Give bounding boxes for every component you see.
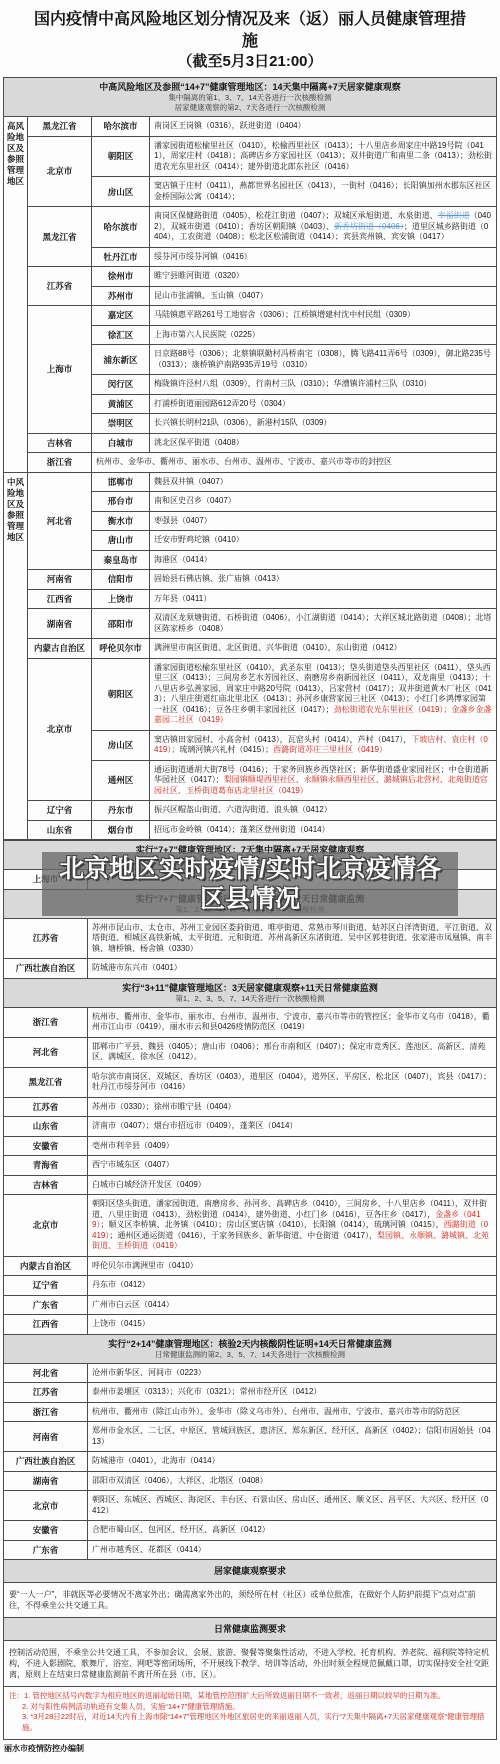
province-cell: 北京市 [28,658,92,801]
city-cell: 丹东市 [92,801,150,821]
area-text: 海港区（0414） [154,555,212,564]
management-row: 北京市朝阳区垡头街道、潘家园街道、南磨房乡、孙河乡、高碑店乡（0410），三间房… [4,1195,497,1257]
management-row: 广东省广州市白云区（0414） [4,1295,497,1315]
daily-monitoring-body: 控制活动范围，不乘坐公共交通工具，不参加会议、会展、旅游、聚餐等聚集性活动，不进… [4,1641,496,1687]
area-text: 邯郸市广平县、魏县（0405）；唐山市（0406）；邢台市南和区（0407）；保… [92,1042,485,1062]
areas-cell: 通运街道通胡大街78号（0416）；于家务回族乡西垡社区；新华街道盛业家园社区；… [150,760,497,801]
province-cell: 江西省 [4,1315,88,1335]
risk-level-cell: 高风险地区及参照管理地区 [4,117,28,473]
risk-row: 内蒙古自治区呼伦贝尔市满洲里市南区街道、北区街道、兴华街道（0410），东山街道… [4,639,497,659]
risk-level-cell: 中风险地区及参照管理地区 [4,472,28,840]
management-row: 河南省郑州市金水区、二七区、中原区、管城回族区、惠济区、郑东新区、经开区、高新区… [4,1422,497,1452]
city-cell: 呼伦贝尔市 [92,639,150,659]
management-row: 浙江省杭州市、衢州市（除江山市外）、金华市（除义乌市外）、台州市、温州市、宁波市… [4,1402,497,1422]
area-text: 丹东市（0412） [92,1280,150,1289]
management-row: 安徽省亳州市利辛县（0409） [4,1136,497,1156]
province-cell: 河北省 [28,472,92,570]
areas-cell: 南和区史召乡（0407） [150,492,497,512]
areas-cell: 魏县双井镇（0407） [150,472,497,492]
areas-cell: 济南市（0407）；烟台市招远市（0409），蓬莱区（0414） [88,1117,497,1137]
section-title: 实行“2+14”健康管理地区：核验2天内核酸阴性证明+14天日常健康监测 [8,1338,492,1350]
doc-title: 国内疫情中高风险地区划分情况及来（返）丽人员健康管理措施 （截至5月3日21:0… [0,0,500,77]
area-text: 呼伦贝尔市满洲里市（0410） [92,1261,198,1270]
province-cell: 河北省 [4,1363,88,1383]
area-text: 上海市第六人民医院（0225） [154,330,260,339]
section-title: 实行“3+11”健康管理地区：3天居家健康观察+11天日常健康监测 [8,982,492,994]
note-line-1: 注：1. 管控地区括号内数字为相应地区的返丽起始日期，某地管控范围扩大后所致返丽… [9,1691,491,1702]
province-cell: 北京市 [28,136,92,207]
province-cell: 河南省 [28,570,92,590]
footer-credit: 丽水市疫情防控办编制 [0,1740,500,1764]
area-text: 杭州市、金华市、衢州市、丽水市、台州市、温州市、宁波市、嘉兴市等市的封控区 [96,457,392,466]
area-text: 防城港市（0401），北海市（0414） [92,1456,220,1465]
area-text: 南岗区王岗镇（0316），跃进街道（0404） [154,121,306,130]
areas-cell: 白城市白城经济开发区（0409） [88,1175,497,1195]
city-cell: 邢台市 [92,492,150,512]
city-cell: 通州区 [92,760,150,801]
management-row: 山东省济南市（0407）；烟台市招远市（0409），蓬莱区（0414） [4,1117,497,1137]
area-text: 绥芬河市绥芬河镇（0416） [154,252,252,261]
requirements-block: 居家健康观察要求 要“一人一户”，非就医等必要情况不离家外出；确需离家外出的，须… [3,1560,497,1740]
risk-row: 山东省烟台市招远市金岭镇（0414）；蓬莱区登州街道（0414） [4,820,497,840]
area-text: 邵阳市双清区（0406），大祥区、北塔区（0408） [92,1476,268,1485]
areas-cell: 郑州市金水区、二七区、中原区、管城回族区、惠济区、郑东新区、经开区、高新区（04… [88,1422,497,1452]
area-text: 昆山市张浦镇、玉山镇（0407） [154,291,268,300]
daily-monitoring-title: 日常健康监测要求 [4,1618,496,1641]
province-cell: 青海省 [4,1156,88,1176]
area-text: 打浦桥街道丽园路612弄20号（0304） [154,399,290,408]
areas-cell: 广州市白云区（0414） [88,1295,497,1315]
area-text: 琉璃河镇兴礼村（0415）； [179,745,273,754]
province-cell: 内蒙古自治区 [28,639,92,659]
province-cell: 黑龙江省 [4,1067,88,1097]
province-cell: 安徽省 [4,1136,88,1156]
city-cell: 信阳市 [92,570,150,590]
note-line-3: 3. *3月28日22时后，对近14天内有上海市除“14+7”管理地区外地区旅居… [9,1712,491,1733]
risk-row: 黑龙江省哈尔滨市南岗区保健路街道（0405），松花江街道（0407）；双城区承旭… [4,207,497,248]
areas-cell: 振兴区帽盔山街道、六道沟街道、浪头镇（0412） [150,801,497,821]
risk-row: 江西省上饶市万年县（0411） [4,589,497,609]
area-text: ；通州区通运街道（0416），于家务回族乡、新华街道、中仓街道（0417）， [109,1231,377,1240]
area-text: 长兴镇长明村21队（0306），新港村15队（0309） [154,418,331,427]
areas-cell: 泰州市姜堰区（0313）；兴化市（0321）；常州市经开区（0412） [88,1383,497,1403]
province-cell: 湖南省 [4,1471,88,1491]
city-cell: 房山区 [92,730,150,760]
areas-cell: 窦店镇于庄村（0411），燕都世界名园社区（0413），一街村（0416）；长阳… [150,177,497,207]
province-cell: 江苏省 [28,267,92,306]
management-row: 河北省邯郸市广平县、魏县（0405）；唐山市（0406）；邢台市南和区（0407… [4,1037,497,1067]
management-row: 江苏省泰州市姜堰区（0313）；兴化市（0321）；常州市经开区（0412） [4,1383,497,1403]
city-cell: 白城市 [92,433,150,453]
risk-header-title: 中高风险地区及参照“14+7”健康管理地区：14天集中隔离+7天居家健康观察 [8,81,492,93]
areas-cell: 招远市金岭镇（0414）；蓬莱区登州街道（0414） [150,820,497,840]
management-row: 湖南省邵阳市双清区（0406），大祥区、北塔区（0408） [4,1471,497,1491]
province-cell: 河北省 [4,1037,88,1067]
province-cell: 安徽省 [4,1521,88,1541]
area-text: 固始县石佛店镇、张广庙镇（0413） [154,574,284,583]
province-cell: 河南省 [4,1422,88,1452]
areas-cell: 呼伦贝尔市满洲里市（0410） [88,1256,497,1276]
area-text: 泰州市姜堰区（0313）；兴化市（0321）；常州市经开区（0412） [92,1387,321,1396]
areas-cell: 双清区龙须塘街道、石桥街道（0406），小江湖街道（0414）；大祥区城北路街道… [150,609,497,639]
areas-cell: 日京路88号（0306）；北蔡镇联勤村冯桥南宅（0308），腾飞路411弄6号（… [150,345,497,375]
city-cell: 徐汇区 [92,325,150,345]
areas-cell: 洮北区保平街道（0408） [150,433,497,453]
city-cell: 朝阳区 [92,136,150,177]
area-text: 朝阳区、东城区、西城区、海淀区、丰台区、石景山区、房山区、通州区、顺义区、昌平区… [92,1495,488,1515]
area-text: 双清区龙须塘街道、石桥街道（0406），小江湖街道（0414）；大祥区城北路街道… [154,613,491,633]
management-row: 江苏省苏州市（0330）；徐州市睢宁县（0404） [4,1097,497,1117]
area-text: 苏州市昆山市、太仓市、苏州工业园区娄葑街道、唯亭街道、常熟市琴川街道、姑苏区白洋… [92,923,492,953]
province-cell: 广东省 [4,1295,88,1315]
areas-cell: 沧州市新华区、河间市（0223） [88,1363,497,1383]
risk-row: 江苏省徐州市睢宁县睢河街道（0320） [4,267,497,287]
area-text: 苏州市（0330）；徐州市睢宁县（0404） [92,1102,236,1111]
section-header-row: 实行“3+11”健康管理地区：3天居家健康观察+11天日常健康监测第1、2、3、… [4,978,497,1007]
areas-cell: 海港区（0414） [150,550,497,570]
management-row: 内蒙古自治区呼伦贝尔市满洲里市（0410） [4,1256,497,1276]
management-row: 北京市朝阳区、东城区、西城区、海淀区、丰台区、石景山区、房山区、通州区、顺义区、… [4,1491,497,1521]
city-cell: 邯郸市 [92,472,150,492]
province-cell: 浙江省 [4,1007,88,1037]
province-cell: 黑龙江省 [28,117,92,137]
city-cell: 闵行区 [92,375,150,395]
city-cell: 牡丹江市 [92,247,150,267]
city-cell: 崇明区 [92,414,150,434]
section-subtitle: 第1、2、3、5、7、14天各进行一次核酸检测 [8,994,492,1004]
management-row: 广西壮族自治区防城港市东兴市（0401） [4,959,497,979]
areas-cell: 上饶市（0415） [88,1315,497,1335]
risk-row: 高风险地区及参照管理地区黑龙江省哈尔滨市南岗区王岗镇（0316），跃进街道（04… [4,117,497,137]
city-cell: 嘉定区 [92,306,150,326]
areas-cell: 广州市越秀区、花都区（0414） [88,1540,497,1560]
area-text: 洮北区保平街道（0408） [154,438,244,447]
areas-cell: 邯郸市广平县、魏县（0405）；唐山市（0406）；邢台市南和区（0407）；保… [88,1037,497,1067]
areas-cell: 昆山市张浦镇、玉山镇（0407） [150,286,497,306]
section-header-cell: 实行“3+11”健康管理地区：3天居家健康观察+11天日常健康监测第1、2、3、… [4,978,497,1007]
province-cell: 浙江省 [4,1402,88,1422]
city-cell: 哈尔滨市 [92,207,150,248]
province-cell: 江苏省 [4,1383,88,1403]
province-cell: 湖南省 [28,609,92,639]
city-cell: 浦东新区 [92,345,150,375]
areas-cell: 杭州市、衢州市（除江山市外）、金华市（除义乌市外）、台州市、温州市、宁波市、嘉兴… [88,1402,497,1422]
areas-cell: 南岗区保健路街道（0405），松花江街道（0407）；双城区承旭街道、水泉街道、… [150,207,497,248]
province-cell: 北京市 [4,1195,88,1257]
risk-table: 中高风险地区及参照“14+7”健康管理地区：14天集中隔离+7天居家健康观察集中… [3,77,497,840]
risk-row: 浙江省杭州市、金华市、衢州市、丽水市、台州市、温州市、宁波市、嘉兴市等市的封控区 [4,453,497,473]
areas-cell: 朝阳区垡头街道、潘家园街道、南磨房乡、孙河乡、高碑店乡（0410），三间房乡、十… [88,1195,497,1257]
city-cell: 黄浦区 [92,394,150,414]
areas-cell: 梅陇镇许泾村八组（0309），行南村三队（0310）；华漕镇许浦村三队（0310… [150,375,497,395]
province-cell: 浙江省 [28,453,92,473]
risk-row: 吉林省白城市洮北区保平街道（0408） [4,433,497,453]
areas-cell: 苏州市（0330）；徐州市睢宁县（0404） [88,1097,497,1117]
risk-row: 北京市朝阳区潘家园街道松榆里社区（0410），松榆西里社区（0413）；十八里店… [4,136,497,177]
province-cell: 内蒙古自治区 [4,1256,88,1276]
area-text: 哈尔滨市南岗区、双城区、香坊区（0403），道里区（0404），道外区、平房区、… [92,1072,491,1092]
area-text: 满洲里市南区街道、北区街道、兴华街道（0410），东山街道（0412） [154,643,402,652]
province-cell: 广西壮族自治区 [4,959,88,979]
areas-cell: 迁安市野鸡坨镇（0410） [150,531,497,551]
section-subtitle: 日常健康监测的第2、3、5、7、14天各进行一次核酸检测 [8,1350,492,1360]
risk-header-sub1: 集中隔离的第1、3、7、14天各进行一次核酸检测 [8,93,492,103]
risk-row: 中风险地区及参照管理地区河北省邯郸市魏县双井镇（0407） [4,472,497,492]
areas-cell: 睢宁县睢河街道（0320） [150,267,497,287]
note-line-2: 2. 对与阳性病例活动轨迹有交集人员，实施“14+7”健康管理措施。 [9,1702,491,1713]
areas-cell: 枣强县（0407） [150,511,497,531]
city-cell: 秦皇岛市 [92,550,150,570]
city-cell: 房山区 [92,177,150,207]
notes-block: 注：1. 管控地区括号内数字为相应地区的返丽起始日期，某地管控范围扩大后所致返丽… [4,1687,496,1739]
province-cell: 江苏省 [4,918,88,959]
area-text: 西宁市城东区（0407） [92,1160,174,1169]
management-row: 吉林省白城市白城经济开发区（0409） [4,1175,497,1195]
area-text: 迁安市野鸡坨镇（0410） [154,535,244,544]
management-row: 广西壮族自治区防城港市（0401），北海市（0414） [4,1452,497,1472]
area-text: 窦店镇于庄村（0411），燕都世界名园社区（0413），一街村（0416）；长阳… [154,181,491,201]
area-text: 南和区史召乡（0407） [154,496,236,505]
province-cell: 江苏省 [4,1097,88,1117]
management-row: 辽宁省丹东市（0412） [4,1276,497,1296]
risk-table-header-cell: 中高风险地区及参照“14+7”健康管理地区：14天集中隔离+7天居家健康观察集中… [4,78,497,117]
risk-row: 上海市嘉定区马陆镇惠平路261号工地宿舍（0306）；江桥镇增建村沈中村民组（0… [4,306,497,326]
area-text: 振兴区帽盔山街道、六道沟街道、浪头镇（0412） [154,805,332,814]
area-text: 潘家园街道松榆里社区（0410），松榆西里社区（0413）；十八里店乡周家庄中路… [154,141,492,171]
management-row: 广东省广州市越秀区、花都区（0414） [4,1540,497,1560]
area-text: 杭州市、衢州市、金华市、丽水市、台州市、温州市、宁波市、嘉兴市等市的管控区；金华… [92,1012,490,1032]
areas-cell: 防城港市东兴市（0401） [88,959,497,979]
areas-cell: 长兴镇长明村21队（0306），新港村15队（0309） [150,414,497,434]
area-text: 马陆镇惠平路261号工地宿舍（0306）；江桥镇增建村沈中村民组（0309） [154,310,415,319]
document-page: 国内疫情中高风险地区划分情况及来（返）丽人员健康管理措施 （截至5月3日21:0… [0,0,500,1764]
management-row: 江苏省苏州市昆山市、太仓市、苏州工业园区娄葑街道、唯亭街道、常熟市琴川街道、姑苏… [4,918,497,959]
area-text: 合肥市蜀山区、包河区、经开区、高新区（0412） [92,1525,270,1534]
area-text-removed: 新香坊街道（0406） [334,222,404,231]
province-cell: 吉林省 [4,1175,88,1195]
area-text: 魏县双井镇（0407） [154,477,228,486]
area-text: 亳州市利辛县（0409） [92,1141,174,1150]
province-cell: 广东省 [4,1540,88,1560]
watermark-line2: 区县情况 [200,884,300,914]
area-text: 杭州市、衢州市（除江山市外）、金华市（除义乌市外）、台州市、温州市、宁波市、嘉兴… [92,1407,460,1416]
areas-cell: 马陆镇惠平路261号工地宿舍（0306）；江桥镇增建村沈中村民组（0309） [150,306,497,326]
areas-cell: 西宁市城东区（0407） [88,1156,497,1176]
province-cell: 辽宁省 [28,801,92,821]
area-text: 济南市（0407）；烟台市招远市（0409），蓬莱区（0414） [92,1121,297,1130]
areas-cell: 上海市第六人民医院（0225） [150,325,497,345]
province-cell: 北京市 [4,1491,88,1521]
area-text: 梅陇镇许泾村八组（0309），行南村三队（0310）；华漕镇许浦村三队（0310… [154,379,431,388]
risk-row: 辽宁省丹东市振兴区帽盔山街道、六道沟街道、浪头镇（0412） [4,801,497,821]
province-cell: 广西壮族自治区 [4,1452,88,1472]
areas-cell: 合肥市蜀山区、包河区、经开区、高新区（0412） [88,1521,497,1541]
risk-header-sub2: 居家健康观察的第2、7天各进行一次核酸检测 [8,103,492,113]
province-cell: 辽宁省 [4,1276,88,1296]
area-text: 窦店镇田家园村、小高舍村（0413），瓦窑头村（0414），芦村（0417）， [154,735,411,744]
management-row: 青海省西宁市城东区（0407） [4,1156,497,1176]
management-row: 浙江省杭州市、衢州市、金华市、丽水市、台州市、温州市、宁波市、嘉兴市等市的管控区… [4,1007,497,1037]
province-cell: 山东省 [28,820,92,840]
areas-cell: 杭州市、衢州市、金华市、丽水市、台州市、温州市、宁波市、嘉兴市等市的管控区；金华… [88,1007,497,1037]
area-text: 万年县（0411） [154,594,211,603]
section-header-cell: 实行“2+14”健康管理地区：核验2天内核酸阴性证明+14天日常健康监测日常健康… [4,1334,497,1363]
area-text: 招远市金岭镇（0414）；蓬莱区登州街道（0414） [154,825,330,834]
areas-cell: 打浦桥街道丽园路612弄20号（0304） [150,394,497,414]
section-header-row: 实行“2+14”健康管理地区：核验2天内核酸阴性证明+14天日常健康监测日常健康… [4,1334,497,1363]
area-text: 日京路88号（0306）；北蔡镇联勤村冯桥南宅（0308），腾飞路411弄6号（… [154,349,491,369]
management-row: 江西省上饶市（0415） [4,1315,497,1335]
area-text: ；顺义区李桥镇、北务镇（0410）；房山区窦店镇（0410），长阳镇（0414）… [100,1220,443,1229]
management-row: 河北省沧州市新华区、河间市（0223） [4,1363,497,1383]
area-text-removed: 幸福街道 [438,211,470,220]
areas-cell: 满洲里市南区街道、北区街道、兴华街道（0410），东山街道（0412） [150,639,497,659]
province-cell: 山东省 [4,1117,88,1137]
risk-row: 北京市朝阳区潘家园街道松榆东里社区（0410），武圣东里（0413）；垡头街道垡… [4,658,497,730]
areas-cell: 丹东市（0412） [88,1276,497,1296]
areas-cell: 防城港市（0401），北海市（0414） [88,1452,497,1472]
doc-title-line2: （截至5月3日21:00） [30,52,470,72]
city-cell: 烟台市 [92,820,150,840]
areas-cell: 万年县（0411） [150,589,497,609]
province-cell: 江西省 [28,589,92,609]
areas-cell: 潘家园街道松榆东里社区（0410），武圣东里（0413）；垡头街道垡头西里社区（… [150,658,497,730]
management-row: 安徽省合肥市蜀山区、包河区、经开区、高新区（0412） [4,1521,497,1541]
areas-cell: 朝阳区、东城区、西城区、海淀区、丰台区、石景山区、房山区、通州区、顺义区、昌平区… [88,1491,497,1521]
province-cell: 上海市 [28,306,92,434]
areas-cell: 哈尔滨市南岗区、双城区、香坊区（0403），道里区（0404），道外区、平房区、… [88,1067,497,1097]
area-text: 郑州市金水区、二七区、中原区、管城回族区、惠济区、郑东新区、经开区、高新区（04… [92,1426,491,1446]
risk-row: 河南省信阳市固始县石佛店镇、张广庙镇（0413） [4,570,497,590]
area-text: 南岗区保健路街道（0405），松花江街道（0407）；双城区承旭街道、水泉街道、 [154,211,438,220]
city-cell: 徐州市 [92,267,150,287]
management-table: 实行“7+7”健康管理地区：7天集中隔离+7天居家健康观察第1、2、3、4、7、… [3,840,497,1560]
areas-cell: 南岗区王岗镇（0316），跃进街道（0404） [150,117,497,137]
home-observation-body: 要“一人一户”，非就医等必要情况不离家外出；确需离家外出的，须经所在村（社区）或… [4,1583,496,1618]
city-cell: 苏州市 [92,286,150,306]
area-text: 睢宁县睢河街道（0320） [154,271,244,280]
areas-cell: 潘家园街道松榆里社区（0410），松榆西里社区（0413）；十八里店乡周家庄中路… [150,136,497,177]
areas-cell: 苏州市昆山市、太仓市、苏州工业园区娄葑街道、唯亭街道、常熟市琴川街道、姑苏区白洋… [88,918,497,959]
management-area: 实行“7+7”健康管理地区：7天集中隔离+7天居家健康观察第1、2、3、4、7、… [0,840,500,1560]
watermark-overlay: 北京地区实时疫情/实时北京疫情各 区县情况 [42,852,458,916]
area-text: 防城港市东兴市（0401） [92,963,182,972]
city-cell: 朝阳区 [92,658,150,730]
areas-cell: 杭州市、金华市、衢州市、丽水市、台州市、温州市、宁波市、嘉兴市等市的封控区 [92,453,497,473]
areas-cell: 绥芬河市绥芬河镇（0416） [150,247,497,267]
management-row: 黑龙江省哈尔滨市南岗区、双城区、香坊区（0403），道里区（0404），道外区、… [4,1067,497,1097]
city-cell: 上饶市 [92,589,150,609]
risk-row: 湖南省邵阳市双清区龙须塘街道、石桥街道（0406），小江湖街道（0414）；大祥… [4,609,497,639]
city-cell: 邵阳市 [92,609,150,639]
city-cell: 唐山市 [92,531,150,551]
province-cell: 黑龙江省 [28,207,92,267]
home-observation-title: 居家健康观察要求 [4,1560,496,1583]
area-text: 广州市白云区（0414） [92,1300,174,1309]
city-cell: 衡水市 [92,511,150,531]
area-text: 上饶市（0415） [92,1319,150,1328]
area-text-red: 西潞街道苏庄三里社区（0419） [273,745,387,754]
areas-cell: 窦店镇田家园村、小高舍村（0413），瓦窑头村（0414），芦村（0417），下… [150,730,497,760]
area-text: 广州市越秀区、花都区（0414） [92,1545,206,1554]
area-text: 沧州市新华区、河间市（0223） [92,1368,206,1377]
areas-cell: 邵阳市双清区（0406），大祥区、北塔区（0408） [88,1471,497,1491]
area-text: 枣强县（0407） [154,516,212,525]
area-text: 朝阳区垡头街道、潘家园街道、南磨房乡、孙河乡、高碑店乡（0410），三间房乡、十… [92,1199,487,1219]
risk-table-header-row: 中高风险地区及参照“14+7”健康管理地区：14天集中隔离+7天居家健康观察集中… [4,78,497,117]
areas-cell: 亳州市利辛县（0409） [88,1136,497,1156]
area-text: 白城市白城经济开发区（0409） [92,1180,206,1189]
areas-cell: 固始县石佛店镇、张广庙镇（0413） [150,570,497,590]
province-cell: 吉林省 [28,433,92,453]
city-cell: 哈尔滨市 [92,117,150,137]
doc-title-line1: 国内疫情中高风险地区划分情况及来（返）丽人员健康管理措施 [30,9,470,52]
watermark-line1: 北京地区实时疫情/实时北京疫情各 [59,854,441,884]
